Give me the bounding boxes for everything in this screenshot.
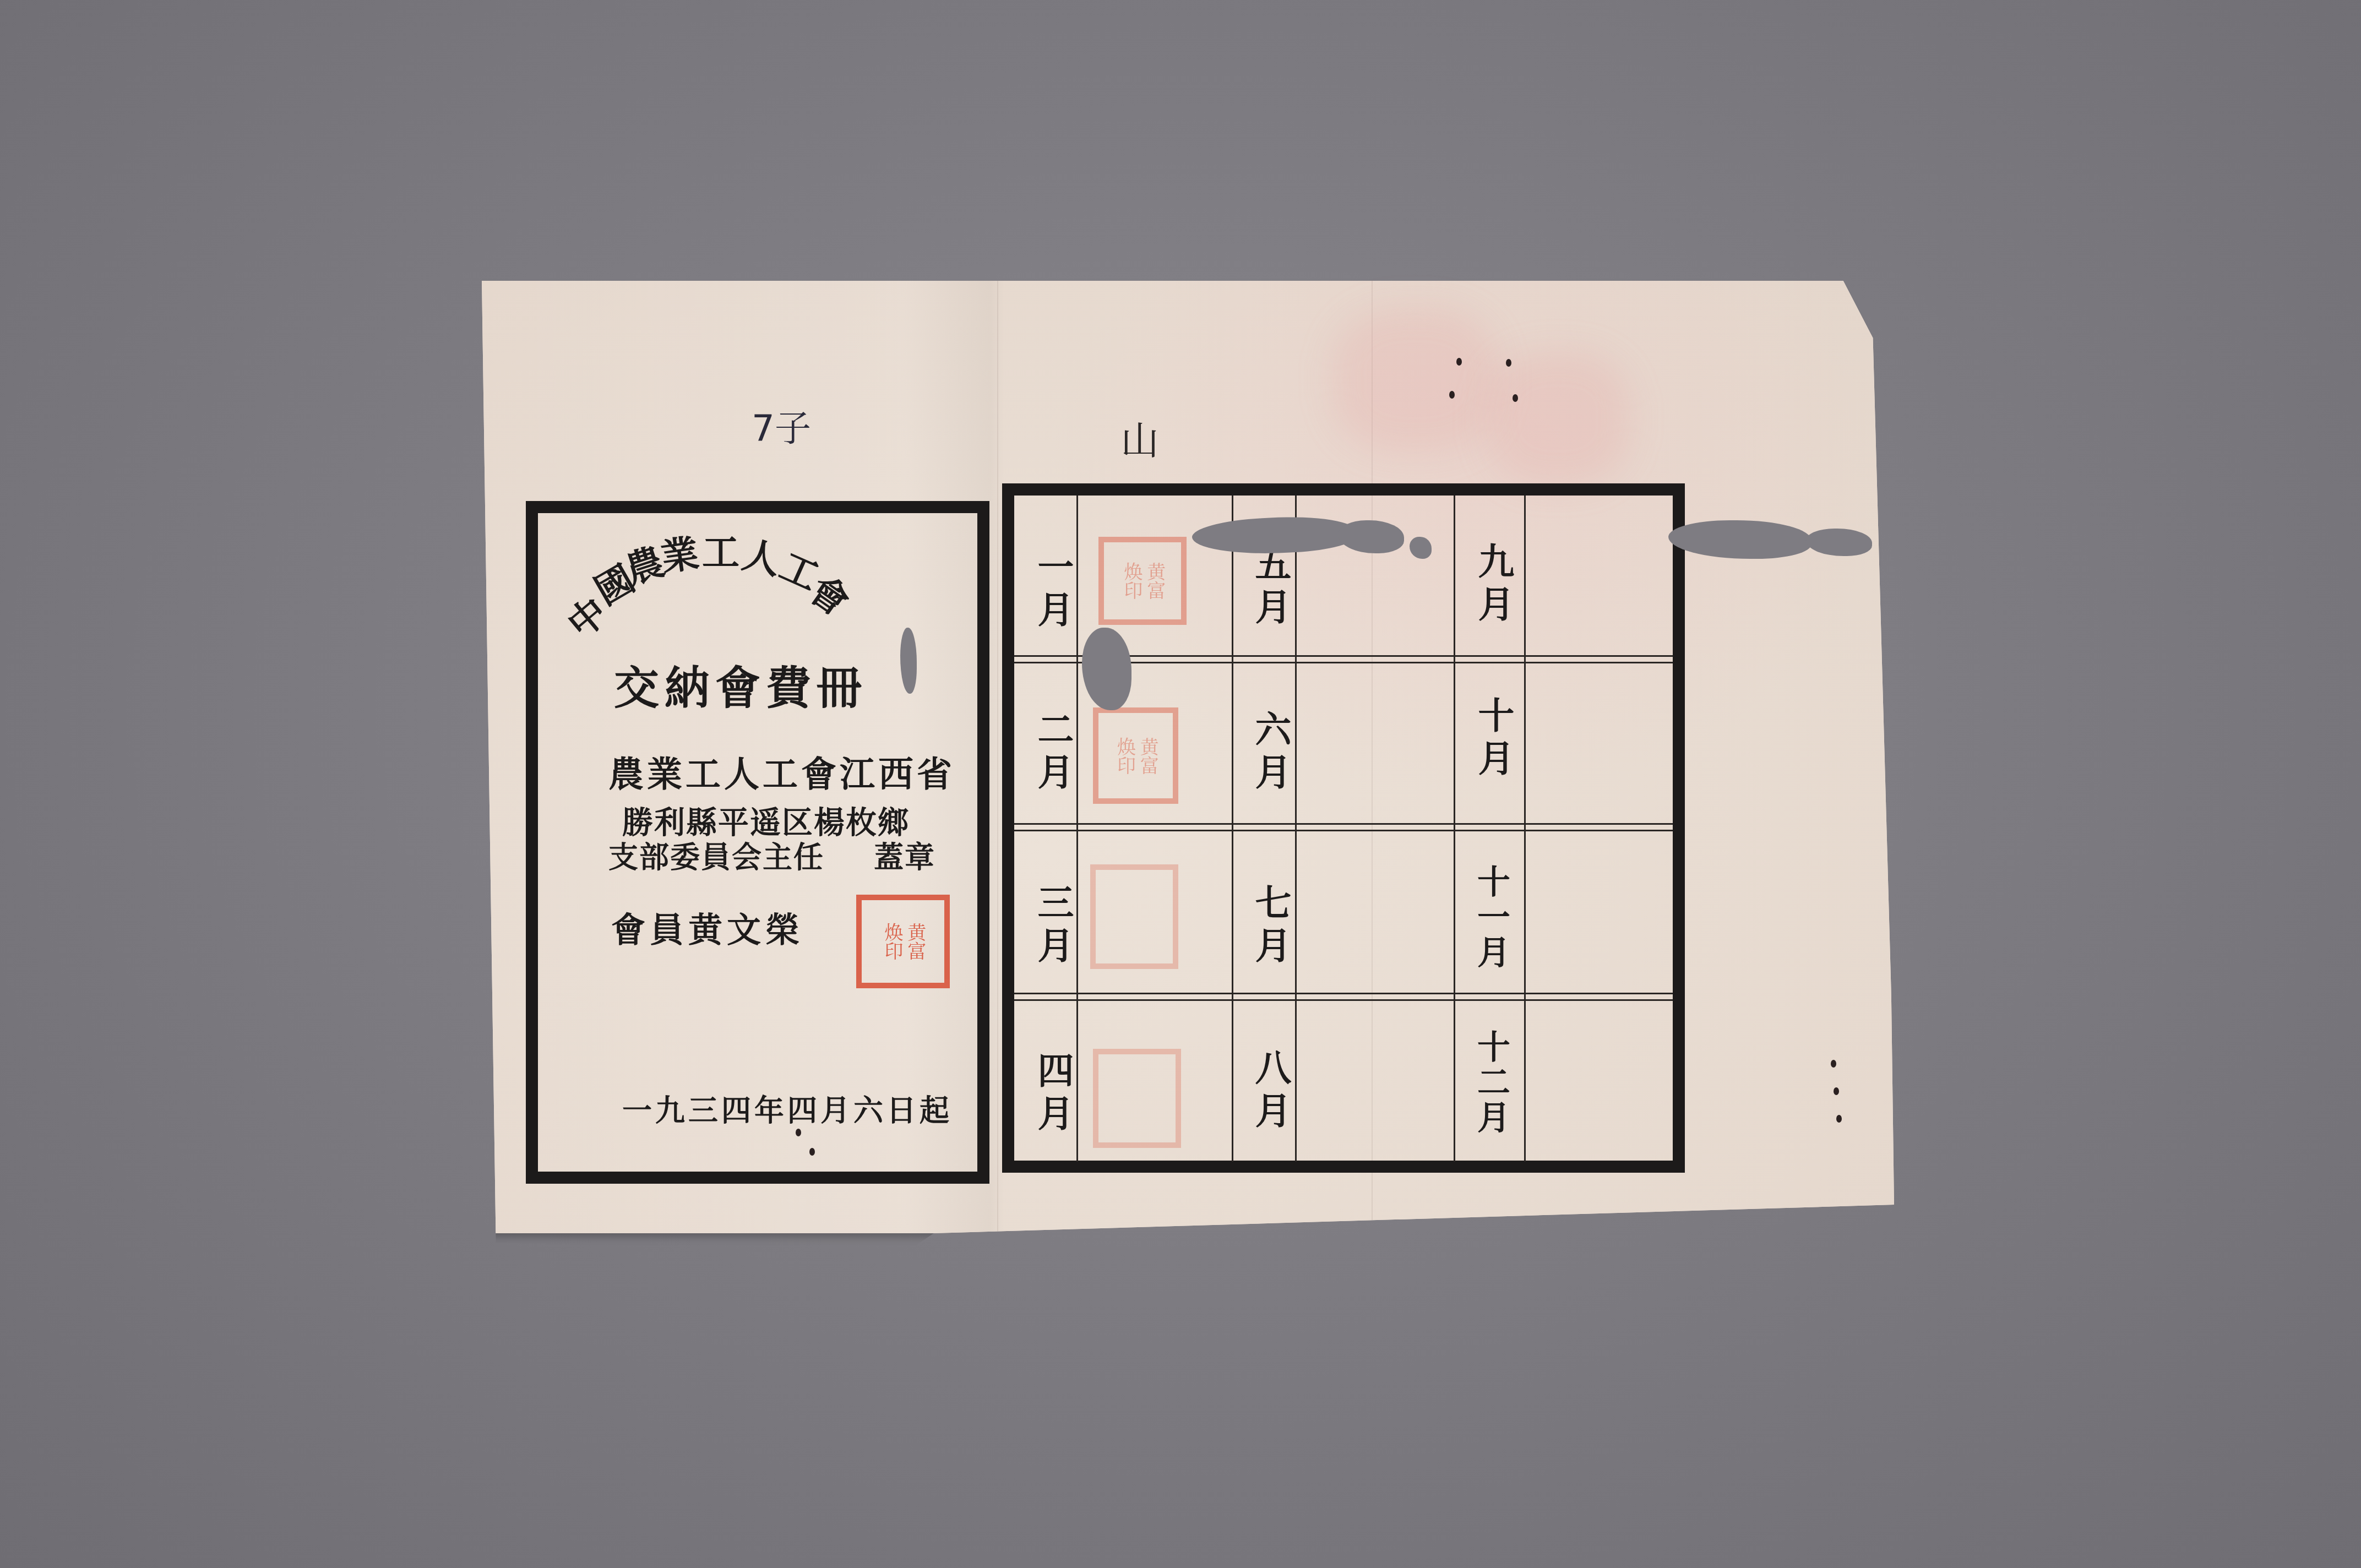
month-5: 五月 xyxy=(1244,545,1297,631)
faded-red-stamp xyxy=(1332,308,1498,451)
pin-hole xyxy=(809,1148,815,1156)
grid-line xyxy=(1014,993,1673,994)
seal-column: 黄富 xyxy=(1138,737,1157,775)
pin-hole xyxy=(1834,1087,1839,1095)
seal-column: 黄富 xyxy=(1144,562,1164,600)
month-1: 一月 xyxy=(1027,548,1079,634)
month-8: 八月 xyxy=(1244,1049,1297,1135)
month-3-seal xyxy=(1090,864,1178,969)
pin-hole xyxy=(1831,1060,1836,1068)
branch-chair-label: 支部委員会主任 xyxy=(608,840,824,875)
month-7: 七月 xyxy=(1244,884,1297,970)
member-label: 會員 xyxy=(611,910,688,950)
month-1-seal: 黄富 焕印 xyxy=(1098,537,1187,625)
month-2: 二月 xyxy=(1027,710,1079,796)
handwritten-number: 7子 xyxy=(752,399,811,451)
pin-hole xyxy=(1449,391,1455,399)
union-province-line: 農業工人工會江西省 xyxy=(608,746,955,797)
ink-mark: 山 xyxy=(1120,410,1159,466)
pin-hole xyxy=(1506,359,1511,367)
month-10: 十月 xyxy=(1467,696,1520,782)
seal-column: 焕印 xyxy=(1114,737,1134,775)
pin-hole xyxy=(1513,394,1518,402)
seal-column: 焕印 xyxy=(1121,562,1141,600)
seal-label: 蓋章 xyxy=(874,840,935,875)
pin-hole xyxy=(1836,1115,1842,1123)
month-6: 六月 xyxy=(1244,710,1297,796)
month-2-seal: 黄富 焕印 xyxy=(1093,707,1178,804)
member-line: 會員黄文榮 xyxy=(611,903,804,952)
month-9: 九月 xyxy=(1467,542,1520,628)
start-date: 一九三四年四月六日起 xyxy=(622,1087,953,1130)
grid-line xyxy=(1014,823,1673,825)
branch-chair-line: 支部委員会主任蓋章 xyxy=(608,834,935,876)
pin-hole xyxy=(1456,358,1462,366)
member-name: 黄文榮 xyxy=(688,910,804,950)
month-3: 三月 xyxy=(1027,884,1079,970)
month-4: 四月 xyxy=(1027,1052,1079,1137)
seal-column: 黄富 xyxy=(905,923,924,960)
booklet-title: 交納會費冊 xyxy=(614,652,867,717)
chair-seal: 黄富 焕印 xyxy=(856,895,950,988)
grid-line xyxy=(1232,496,1233,1162)
arc-title-char: 業 xyxy=(657,524,702,582)
month-12: 十二月 xyxy=(1467,1030,1515,1135)
grid-line xyxy=(1454,496,1455,1162)
seal-column: 焕印 xyxy=(882,923,901,960)
grid-line xyxy=(1014,830,1673,831)
month-11: 十一月 xyxy=(1467,864,1515,970)
fold-line xyxy=(997,281,998,1233)
grid-line xyxy=(1524,496,1526,1162)
month-4-seal xyxy=(1093,1049,1181,1148)
faded-red-stamp xyxy=(1487,352,1630,484)
grid-line xyxy=(1014,999,1673,1001)
pin-hole xyxy=(796,1129,801,1136)
arc-title-char: 工 xyxy=(702,523,739,576)
